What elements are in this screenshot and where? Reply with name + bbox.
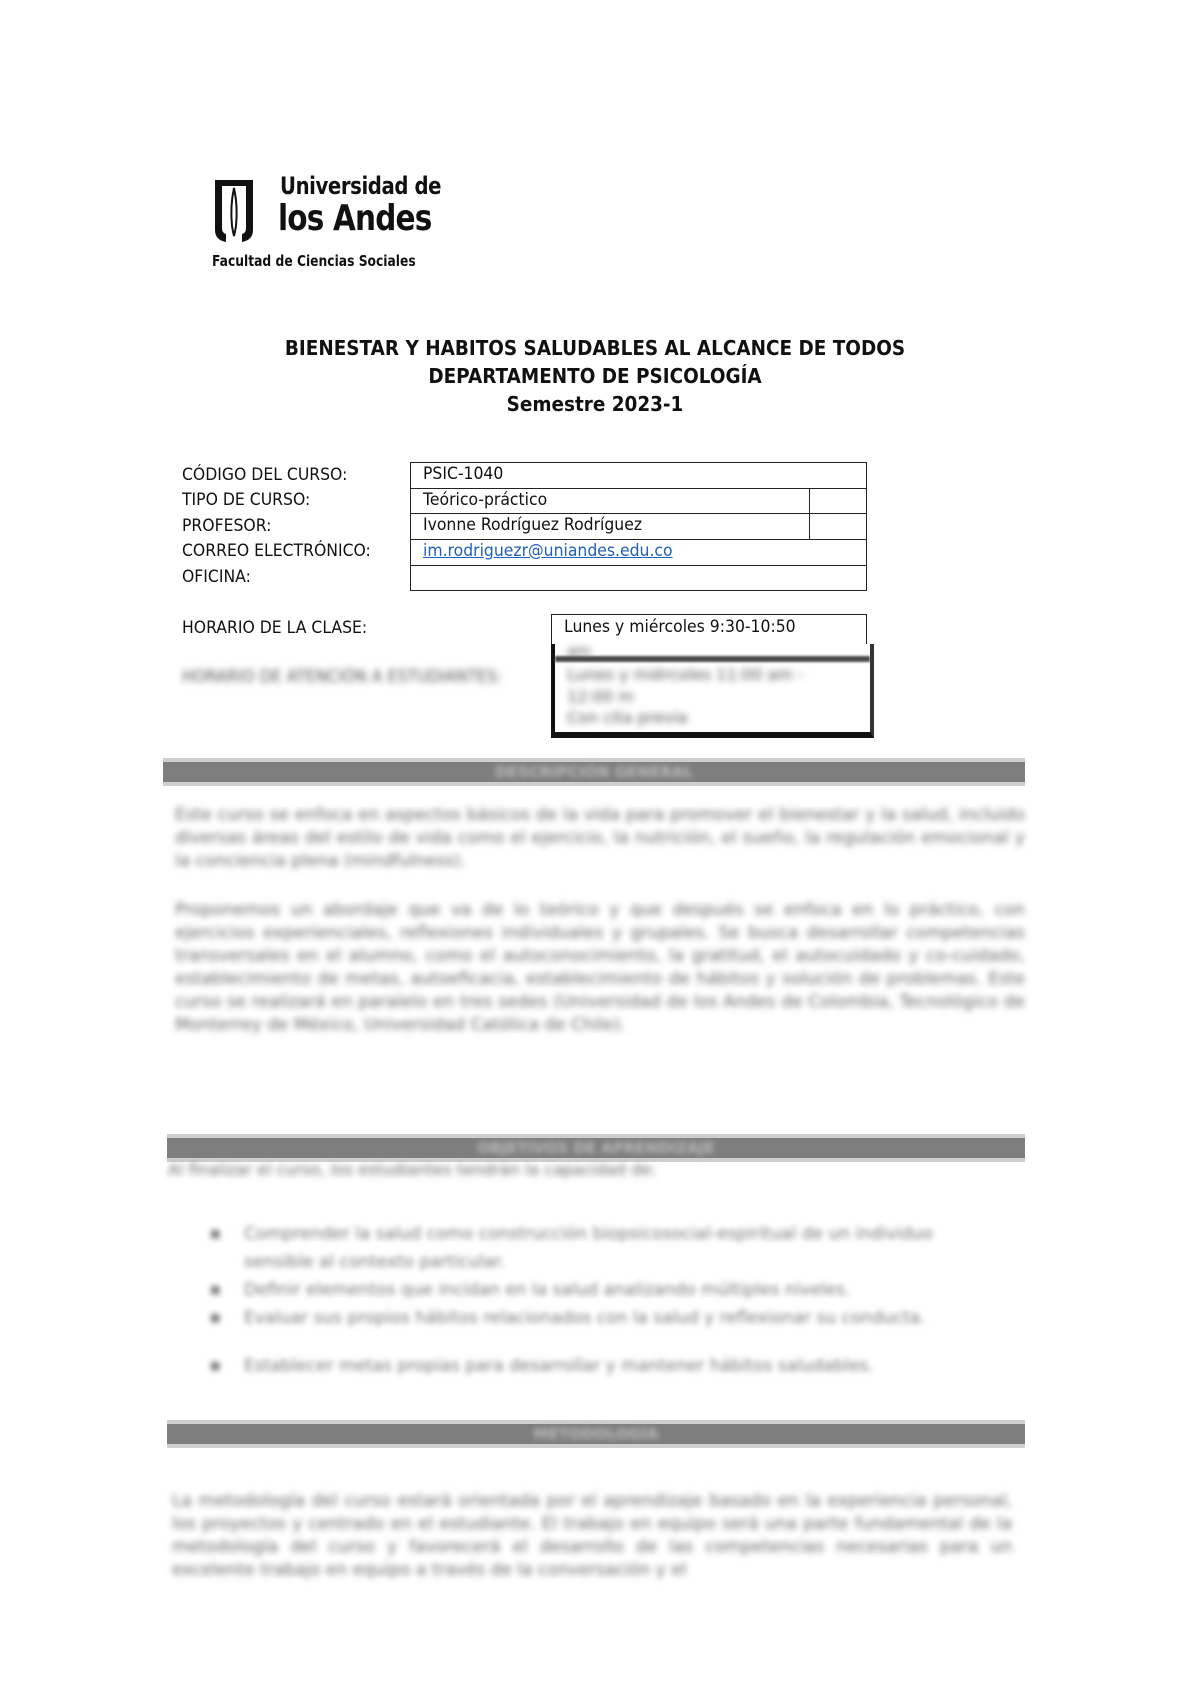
attention-value: Lunes y miércoles 11:00 am - 12:00 m bbox=[567, 664, 837, 708]
department-title: DEPARTAMENTO DE PSICOLOGÍA bbox=[48, 362, 1143, 390]
schedule-value-cell: Lunes y miércoles 9:30-10:50 bbox=[551, 614, 867, 644]
type-value: Teórico-práctico bbox=[423, 490, 547, 510]
section-bar-description: DESCRIPCIÓN GENERAL bbox=[163, 758, 1025, 786]
objective-item: Comprender la salud como construcción bi… bbox=[210, 1220, 990, 1276]
type-value-cell: Teórico-práctico bbox=[410, 488, 810, 514]
email-value-cell: im.rodriguezr@uniandes.edu.co bbox=[410, 539, 867, 566]
email-label: CORREO ELECTRÓNICO: bbox=[182, 541, 371, 561]
section-title-objectives: OBJETIVOS DE APRENDIZAJE bbox=[167, 1138, 1025, 1158]
professor-label: PROFESOR: bbox=[182, 516, 271, 536]
logo-university-line2: los Andes bbox=[278, 198, 431, 239]
objectives-list: Comprender la salud como construcción bi… bbox=[210, 1220, 990, 1380]
logo-university-line1: Universidad de bbox=[280, 172, 441, 200]
type-label: TIPO DE CURSO: bbox=[182, 490, 310, 510]
code-value-cell: PSIC-1040 bbox=[410, 462, 867, 489]
section-title-methodology: METODOLOGÍA bbox=[167, 1424, 1025, 1444]
type-extra-cell bbox=[809, 488, 867, 514]
section-bar-methodology: METODOLOGÍA bbox=[167, 1420, 1025, 1448]
attention-value-continued: Con cita previa bbox=[567, 708, 688, 727]
description-paragraph-2: Proponemos un abordaje que va de lo teór… bbox=[175, 899, 1025, 1037]
professor-extra-cell bbox=[809, 513, 867, 540]
description-paragraph-1: Este curso se enfoca en aspectos básicos… bbox=[175, 804, 1025, 873]
office-value-cell bbox=[410, 565, 867, 591]
professor-value: Ivonne Rodríguez Rodríguez bbox=[423, 515, 642, 535]
attention-label: HORARIO DE ATENCIÓN A ESTUDIANTES: bbox=[182, 667, 502, 687]
code-label: CÓDIGO DEL CURSO: bbox=[182, 465, 347, 485]
objective-item: Evaluar sus propios hábitos relacionados… bbox=[210, 1304, 990, 1332]
university-logo: Universidad de los Andes Facultad de Cie… bbox=[212, 174, 462, 274]
semester-title: Semestre 2023-1 bbox=[48, 390, 1143, 418]
code-value: PSIC-1040 bbox=[423, 464, 503, 484]
schedule-label: HORARIO DE LA CLASE: bbox=[182, 618, 367, 638]
course-title: BIENESTAR Y HABITOS SALUDABLES AL ALCANC… bbox=[48, 334, 1143, 362]
logo-faculty: Facultad de Ciencias Sociales bbox=[212, 252, 416, 270]
email-link[interactable]: im.rodriguezr@uniandes.edu.co bbox=[423, 541, 673, 561]
office-label: OFICINA: bbox=[182, 567, 251, 587]
objective-item: Establecer metas propias para desarrolla… bbox=[210, 1352, 990, 1380]
schedule-value: Lunes y miércoles 9:30-10:50 bbox=[564, 617, 796, 637]
objective-item: Definir elementos que incidan en la salu… bbox=[210, 1276, 990, 1304]
objectives-intro: Al finalizar el curso, los estudiantes t… bbox=[168, 1158, 768, 1181]
section-title-description: DESCRIPCIÓN GENERAL bbox=[163, 762, 1025, 782]
document-header: BIENESTAR Y HABITOS SALUDABLES AL ALCANC… bbox=[0, 334, 1190, 418]
professor-value-cell: Ivonne Rodríguez Rodríguez bbox=[410, 513, 810, 540]
methodology-paragraph: La metodología del curso estará orientad… bbox=[172, 1490, 1012, 1582]
university-emblem-icon bbox=[212, 176, 256, 244]
attention-value-cell: am Lunes y miércoles 11:00 am - 12:00 m … bbox=[551, 644, 874, 738]
